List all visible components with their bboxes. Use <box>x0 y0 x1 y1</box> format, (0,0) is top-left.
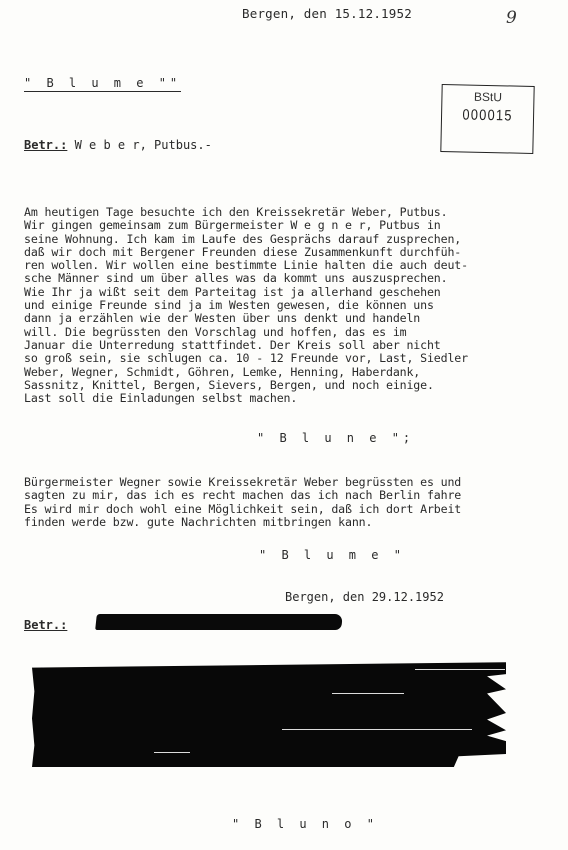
cover-name-heading: " B l u m e "" <box>24 76 181 92</box>
text-line: Wir gingen gemeinsam zum Bürgermeister W… <box>24 219 468 232</box>
text-line: ren wollen. Wir wollen eine bestimmte Li… <box>24 259 468 272</box>
report-body-1: Am heutigen Tage besuchte ich den Kreiss… <box>24 206 468 405</box>
text-line: Bürgermeister Wegner sowie Kreissekretär… <box>24 476 461 489</box>
signature-2: " B l u m e " <box>259 548 405 562</box>
text-line: Am heutigen Tage besuchte ich den Kreiss… <box>24 206 468 219</box>
text-line: sagten zu mir, das ich es recht machen d… <box>24 489 461 502</box>
stamp-label: BStU <box>442 89 533 105</box>
text-line: so groß sein, sie schlugen ca. 10 - 12 F… <box>24 352 468 365</box>
text-line: Es wird mir doch wohl eine Möglichkeit s… <box>24 503 461 516</box>
text-line: Sassnitz, Knittel, Bergen, Sievers, Berg… <box>24 379 468 392</box>
report-date: Bergen, den 15.12.1952 <box>242 6 412 21</box>
subject-value: W e b e r, Putbus.- <box>67 138 212 152</box>
redaction-body <box>32 659 506 767</box>
subject-label-2: Betr.: <box>24 618 67 632</box>
text-line: sche Männer sind um über alles was da ko… <box>24 272 468 285</box>
report-body-2: Bürgermeister Wegner sowie Kreissekretär… <box>24 476 461 529</box>
text-line: Weber, Wegner, Schmidt, Göhren, Lemke, H… <box>24 366 468 379</box>
stamp-number: 000015 <box>449 106 527 125</box>
redaction-subject <box>95 614 343 630</box>
text-line: Last soll die Einladungen selbst machen. <box>24 392 468 405</box>
subject-line: Betr.: W e b e r, Putbus.- <box>24 138 212 152</box>
signature-3: " B l u n o " <box>232 817 378 831</box>
text-line: finden werde bzw. gute Nachrichten mitbr… <box>24 516 461 529</box>
text-line: Januar die Unterredung stattfindet. Der … <box>24 339 468 352</box>
text-line: und einige Freunde sind ja im Westen gew… <box>24 299 468 312</box>
text-line: seine Wohnung. Ich kam im Laufe des Gesp… <box>24 233 468 246</box>
subject-label: Betr.: <box>24 138 67 152</box>
text-line: will. Die begrüssten den Vorschlag und h… <box>24 326 468 339</box>
report-date-2: Bergen, den 29.12.1952 <box>285 590 444 604</box>
text-line: daß wir doch mit Bergener Freunden diese… <box>24 246 468 259</box>
text-line: dann ja erzählen wie der Westen über uns… <box>24 312 468 325</box>
signature-1: " B l u n e "; <box>257 431 414 445</box>
text-line: Wie Ihr ja wißt seit dem Parteitag ist j… <box>24 286 468 299</box>
page-number: 9 <box>506 8 517 28</box>
document-page: Bergen, den 15.12.1952 9 " B l u m e "" … <box>0 0 568 850</box>
archive-stamp: BStU 000015 <box>440 84 534 154</box>
